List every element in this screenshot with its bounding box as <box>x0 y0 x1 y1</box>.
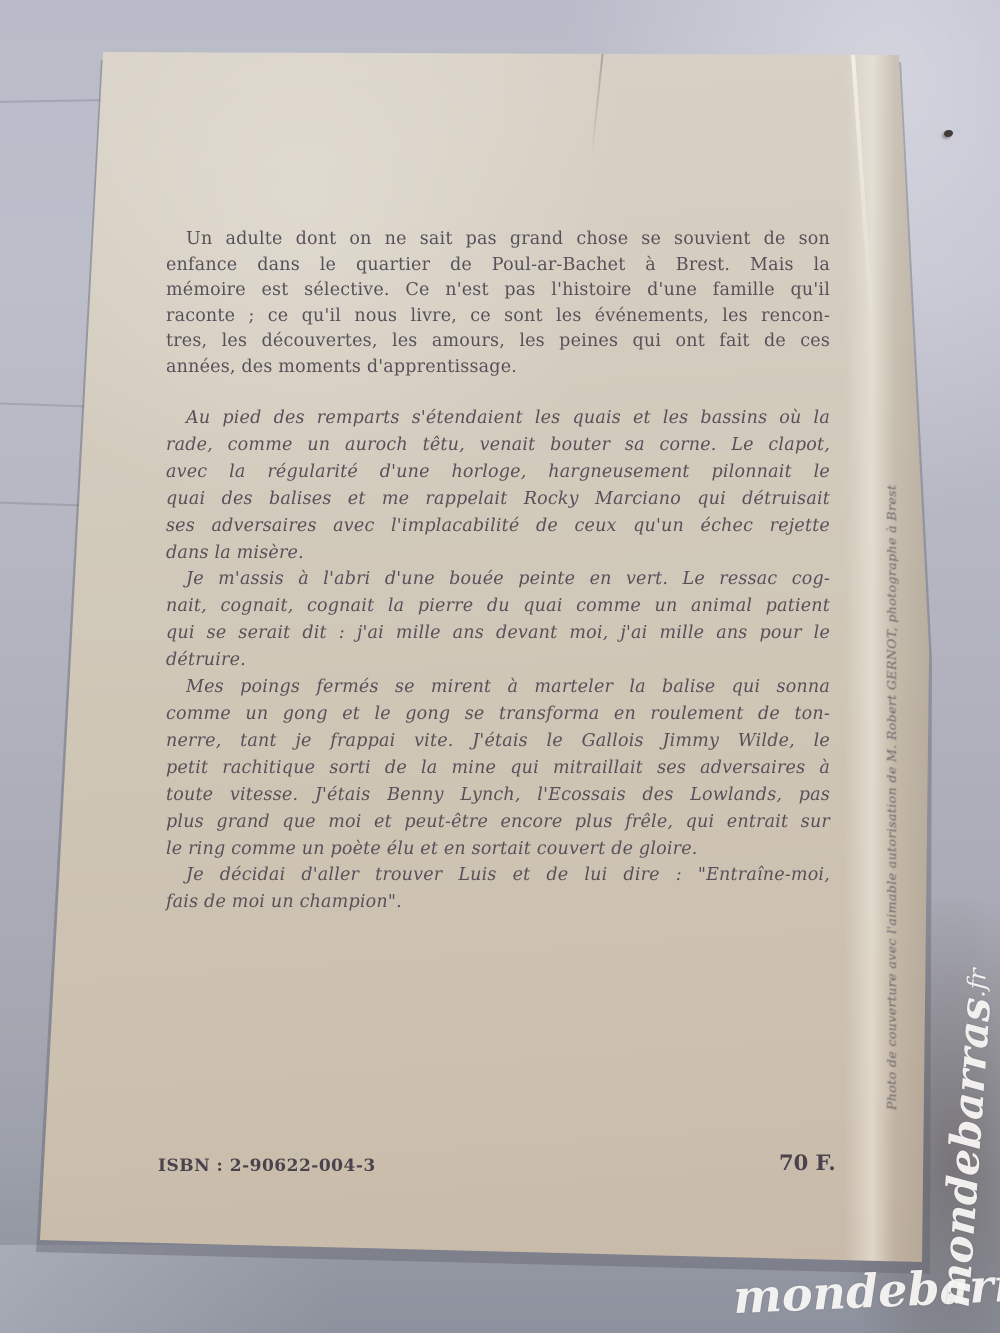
text-line: toute vitesse. J'étais Benny Lynch, l'Ec… <box>166 782 830 809</box>
text-line: Au pied des remparts s'étendaient les qu… <box>166 405 830 432</box>
text-line: nait, cognait, cognait la pierre du quai… <box>166 593 830 620</box>
paragraph-excerpt-1: Au pied des remparts s'étendaient les qu… <box>166 405 830 566</box>
paragraph-excerpt-2: Je m'assis à l'abri d'une bouée peinte e… <box>166 566 830 674</box>
paragraph-intro: Un adulte dont on ne sait pas grand chos… <box>166 227 830 380</box>
text-line: avec la régularité d'une horloge, hargne… <box>166 459 830 486</box>
cloth-fold-line <box>0 502 80 507</box>
text-line: nerre, tant je frappai vite. J'étais le … <box>166 728 830 755</box>
photo-credit-text: Photo de couverture avec l'aimable autor… <box>884 448 901 1110</box>
cloth-fold-line <box>0 99 102 103</box>
photo-of-book-back-cover: Un adulte dont on ne sait pas grand chos… <box>0 0 1000 1333</box>
text-line: raconte ; ce qu'il nous livre, ce sont l… <box>166 304 830 330</box>
cloth-fold-line <box>0 402 88 407</box>
price-text: 70 F. <box>779 1150 836 1175</box>
text-line: quai des balises et me rappelait Rocky M… <box>166 486 830 513</box>
text-line: qui se serait dit : j'ai mille ans devan… <box>166 620 830 647</box>
paragraph-excerpt-4: Je décidai d'aller trouver Luis et de lu… <box>166 862 830 916</box>
text-line: mémoire est sélective. Ce n'est pas l'hi… <box>166 278 830 304</box>
text-line: ses adversaires avec l'implacabilité de … <box>166 513 830 540</box>
back-cover-text: Un adulte dont on ne sait pas grand chos… <box>166 227 830 916</box>
text-line: Je m'assis à l'abri d'une bouée peinte e… <box>166 566 830 593</box>
text-line: détruire. <box>166 647 830 674</box>
text-line: rade, comme un auroch têtu, venait boute… <box>166 432 830 459</box>
text-line: tres, les découvertes, les amours, les p… <box>166 329 830 355</box>
paragraph-excerpt-3: Mes poings fermés se mirent à marteler l… <box>166 674 830 862</box>
text-line: fais de moi un champion". <box>166 889 830 916</box>
text-line: dans la misère. <box>166 540 830 567</box>
text-line: petit rachitique sorti de la mine qui mi… <box>166 755 830 782</box>
text-line: le ring comme un poète élu et en sortait… <box>166 836 830 863</box>
book-back-cover: Un adulte dont on ne sait pas grand chos… <box>0 0 1000 1333</box>
text-line: enfance dans le quartier de Poul-ar-Bach… <box>166 253 830 279</box>
watermark-side-suffix: .fr <box>961 967 992 998</box>
text-line: années, des moments d'apprentissage. <box>166 355 830 381</box>
text-line: Je décidai d'aller trouver Luis et de lu… <box>166 862 830 889</box>
text-line: comme un gong et le gong se transforma e… <box>166 701 830 728</box>
isbn-text: ISBN : 2-90622-004-3 <box>158 1156 376 1176</box>
text-line: plus grand que moi et peut-être encore p… <box>166 809 830 836</box>
text-line: Un adulte dont on ne sait pas grand chos… <box>166 227 830 253</box>
text-line: Mes poings fermés se mirent à marteler l… <box>166 674 830 701</box>
